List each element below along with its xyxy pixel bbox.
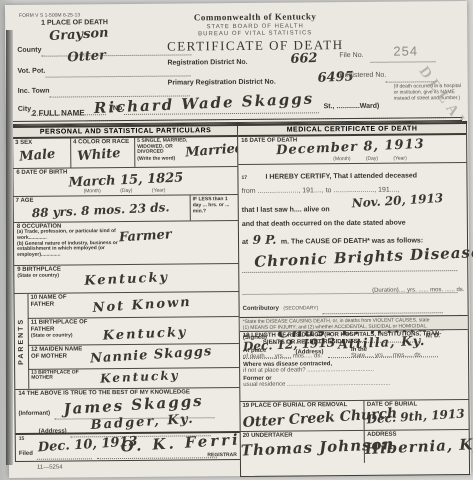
informant-label: (Informant) bbox=[18, 411, 50, 417]
registered-no-label: Registered No. bbox=[340, 72, 387, 79]
mother-name-label: 12 MAIDEN NAME OF MOTHER bbox=[31, 346, 91, 360]
last-saw-label: that I last saw h.... alive on bbox=[242, 206, 330, 214]
death-occurred-line: and that death occurred on the date stat… bbox=[242, 219, 464, 228]
certificate-title: CERTIFICATE OF DEATH bbox=[150, 37, 360, 55]
certify-statement: I HEREBY CERTIFY, That I attended deceas… bbox=[265, 172, 417, 180]
filed-label: Filed bbox=[19, 451, 33, 457]
dob-value: March 15, 1825 bbox=[68, 171, 183, 189]
father-name-label: 10 NAME OF FATHER bbox=[30, 294, 90, 308]
city-label: City bbox=[18, 106, 31, 113]
binder-edge bbox=[6, 30, 13, 465]
burial-date-value: Dec. 9th, 1913 bbox=[367, 407, 466, 425]
contracted-line: if not at place of death? ..............… bbox=[243, 366, 465, 374]
color-race-label: 4 COLOR OR RACE bbox=[73, 139, 132, 146]
file-no-value: 254 bbox=[393, 43, 418, 58]
sex-value: Male bbox=[19, 147, 69, 164]
age-if-less-note: IF LESS than 1 day ... hrs. or ... min.? bbox=[193, 196, 237, 214]
father-birthplace-value: Kentucky bbox=[103, 326, 188, 343]
vot-pot-line bbox=[45, 66, 190, 77]
inc-town-label: Inc. Town bbox=[18, 88, 50, 95]
occupation-value: Farmer bbox=[119, 228, 172, 244]
former-residence-line: usual residence ........................… bbox=[243, 380, 465, 388]
birthplace-value: Kentucky bbox=[84, 271, 169, 288]
date-of-death-sublabels: (Month) (Day) (Year) bbox=[333, 156, 407, 163]
color-race-value: White bbox=[77, 146, 133, 163]
dob-sublabels: (Month) (Day) (Year) bbox=[84, 188, 166, 195]
registrar-label: REGISTRAR bbox=[207, 452, 237, 458]
contributory-label: Contributory bbox=[243, 306, 279, 312]
county-label: County bbox=[17, 47, 41, 54]
time-of-death-value: 9 P. bbox=[253, 233, 277, 247]
reg-district-label: Registration District No. bbox=[167, 59, 247, 67]
undertaker-address-value: Hibernia, Ky. bbox=[365, 437, 473, 457]
residence-label-2: SIENTS OR RECENT RESIDENTS) bbox=[263, 338, 465, 346]
file-no-label: File No. bbox=[339, 52, 363, 59]
contributory-note: (SECONDARY) bbox=[283, 305, 318, 311]
full-name-label: 2 FULL NAME bbox=[32, 108, 85, 117]
at-place-line: of death..... yrs..... mos..... ds. bbox=[243, 353, 351, 360]
reg-district-value: 662 bbox=[290, 52, 318, 66]
parents-label: PARENTS bbox=[18, 318, 25, 365]
county-value: Grayson bbox=[49, 27, 109, 44]
vot-pot-value: Otter bbox=[67, 49, 106, 64]
mother-name-value: Nannie Skaggs bbox=[90, 345, 213, 365]
mother-birthplace-label: 13 BIRTHPLACE OF MOTHER bbox=[31, 370, 101, 381]
primary-reg-label: Primary Registration District No. bbox=[168, 79, 276, 87]
cause-lead-label: m. The CAUSE OF DEATH* was as follows: bbox=[281, 237, 423, 245]
certify-item-number: 17 bbox=[241, 175, 247, 181]
cause-line-2 bbox=[242, 283, 457, 295]
sex-label: 3 SEX bbox=[15, 139, 68, 145]
contributory-line bbox=[323, 303, 443, 314]
certificate-paper: FORM V S 1-500M 6-25-13 1 PLACE OF DEATH… bbox=[5, 1, 471, 478]
form-code: FORM V S 1-500M 6-25-13 bbox=[19, 12, 80, 19]
in-state-line: State..... yrs..... mos..... ds. bbox=[351, 352, 422, 359]
scanned-death-certificate: FORM V S 1-500M 6-25-13 1 PLACE OF DEATH… bbox=[0, 0, 473, 480]
last-saw-value: Nov. 20, 1913 bbox=[351, 192, 443, 210]
commonwealth-title: Commonwealth of Kentucky bbox=[160, 11, 350, 23]
father-name-value: Not Known bbox=[92, 296, 192, 315]
age-value: 88 yrs. 8 mos. 23 ds. bbox=[32, 201, 170, 219]
mother-birthplace-value: Kentucky bbox=[100, 369, 180, 384]
father-birthplace-label: 11 BIRTHPLACE OF FATHER bbox=[31, 319, 101, 333]
vot-pot-label: Vot. Pot. bbox=[17, 68, 45, 75]
at-label: at bbox=[242, 239, 248, 246]
print-code: 11—5254 bbox=[37, 465, 63, 471]
